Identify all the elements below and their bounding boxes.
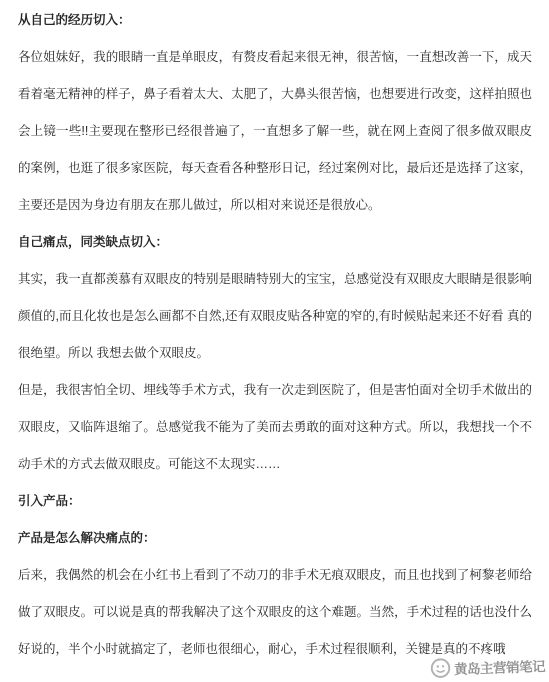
section-heading: 产品是怎么解决痛点的：: [18, 520, 532, 557]
article: 从自己的经历切入：各位姐妹好，我的眼睛一直是单眼皮，有赘皮看起来很无神，很苦恼，…: [18, 2, 532, 668]
body-paragraph: 但是，我很害怕全切、埋线等手术方式，我有一次走到医院了，但是害怕面对全切手术做出…: [18, 372, 532, 483]
body-paragraph: 其实，我一直都羡慕有双眼皮的特别是眼睛特别大的宝宝，总感觉没有双眼皮大眼睛是很影…: [18, 261, 532, 372]
body-paragraph: 后来，我偶然的机会在小红书上看到了不动刀的非手术无痕双眼皮，而且也找到了柯黎老师…: [18, 557, 532, 668]
section-heading: 引入产品：: [18, 483, 532, 520]
section-heading: 从自己的经历切入：: [18, 2, 532, 39]
section-heading: 自己痛点，同类缺点切入：: [18, 224, 532, 261]
body-paragraph: 各位姐妹好，我的眼睛一直是单眼皮，有赘皮看起来很无神，很苦恼，一直想改善一下，成…: [18, 39, 532, 224]
